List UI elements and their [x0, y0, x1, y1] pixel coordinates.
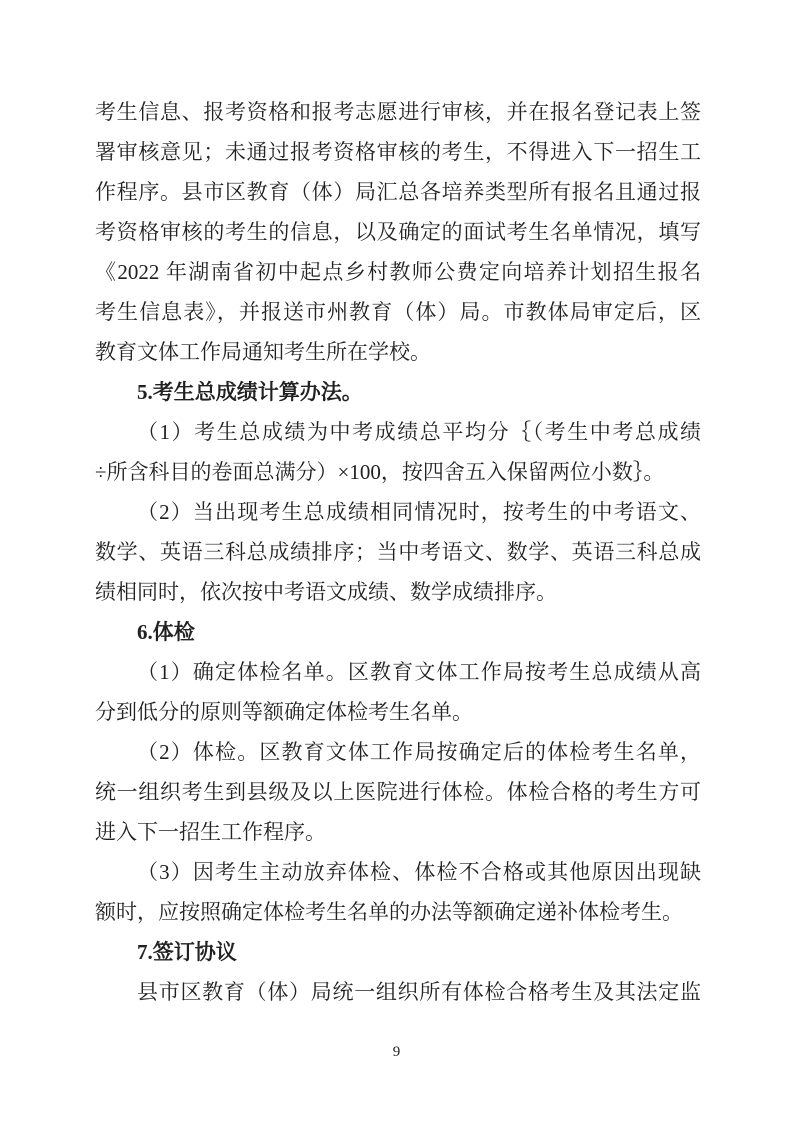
document-page: 考生信息、报考资格和报考志愿进行审核，并在报名登记表上签署审核意见；未通过报考资… [0, 0, 793, 1122]
text-line: 考生信息、报考资格和报考志愿进行审核，并在报名登记表上签 [95, 92, 701, 132]
text-line: （1）考生总成绩为中考成绩总平均分｛（考生中考总成绩 [95, 412, 701, 452]
text-line: 绩相同时，依次按中考语文成绩、数学成绩排序。 [95, 572, 701, 612]
text-line: 考资格审核的考生的信息，以及确定的面试考生名单情况，填写 [95, 212, 701, 252]
document-body: 考生信息、报考资格和报考志愿进行审核，并在报名登记表上签署审核意见；未通过报考资… [95, 92, 701, 1012]
text-line: 分到低分的原则等额确定体检考生名单。 [95, 692, 701, 732]
text-line: ÷所含科目的卷面总满分）×100，按四舍五入保留两位小数｝。 [95, 452, 701, 492]
text-line: 额时，应按照确定体检考生名单的办法等额确定递补体检考生。 [95, 892, 701, 932]
text-line: 作程序。县市区教育（体）局汇总各培养类型所有报名且通过报 [95, 172, 701, 212]
text-line: （1）确定体检名单。区教育文体工作局按考生总成绩从高 [95, 652, 701, 692]
text-line: 署审核意见；未通过报考资格审核的考生，不得进入下一招生工 [95, 132, 701, 172]
text-line: 教育文体工作局通知考生所在学校。 [95, 332, 701, 372]
text-line: 进入下一招生工作程序。 [95, 812, 701, 852]
text-line: 7.签订协议 [95, 932, 701, 972]
text-line: 6.体检 [95, 612, 701, 652]
text-line: 统一组织考生到县级及以上医院进行体检。体检合格的考生方可 [95, 772, 701, 812]
page-number: 9 [0, 1044, 793, 1061]
text-line: 县市区教育（体）局统一组织所有体检合格考生及其法定监 [95, 972, 701, 1012]
text-line: 5.考生总成绩计算办法。 [95, 372, 701, 412]
text-line: 《2022 年湖南省初中起点乡村教师公费定向培养计划招生报名 [95, 252, 701, 292]
text-line: （2）当出现考生总成绩相同情况时，按考生的中考语文、 [95, 492, 701, 532]
text-line: （2）体检。区教育文体工作局按确定后的体检考生名单， [95, 732, 701, 772]
text-line: （3）因考生主动放弃体检、体检不合格或其他原因出现缺 [95, 852, 701, 892]
text-line: 数学、英语三科总成绩排序；当中考语文、数学、英语三科总成 [95, 532, 701, 572]
text-line: 考生信息表》，并报送市州教育（体）局。市教体局审定后，区 [95, 292, 701, 332]
